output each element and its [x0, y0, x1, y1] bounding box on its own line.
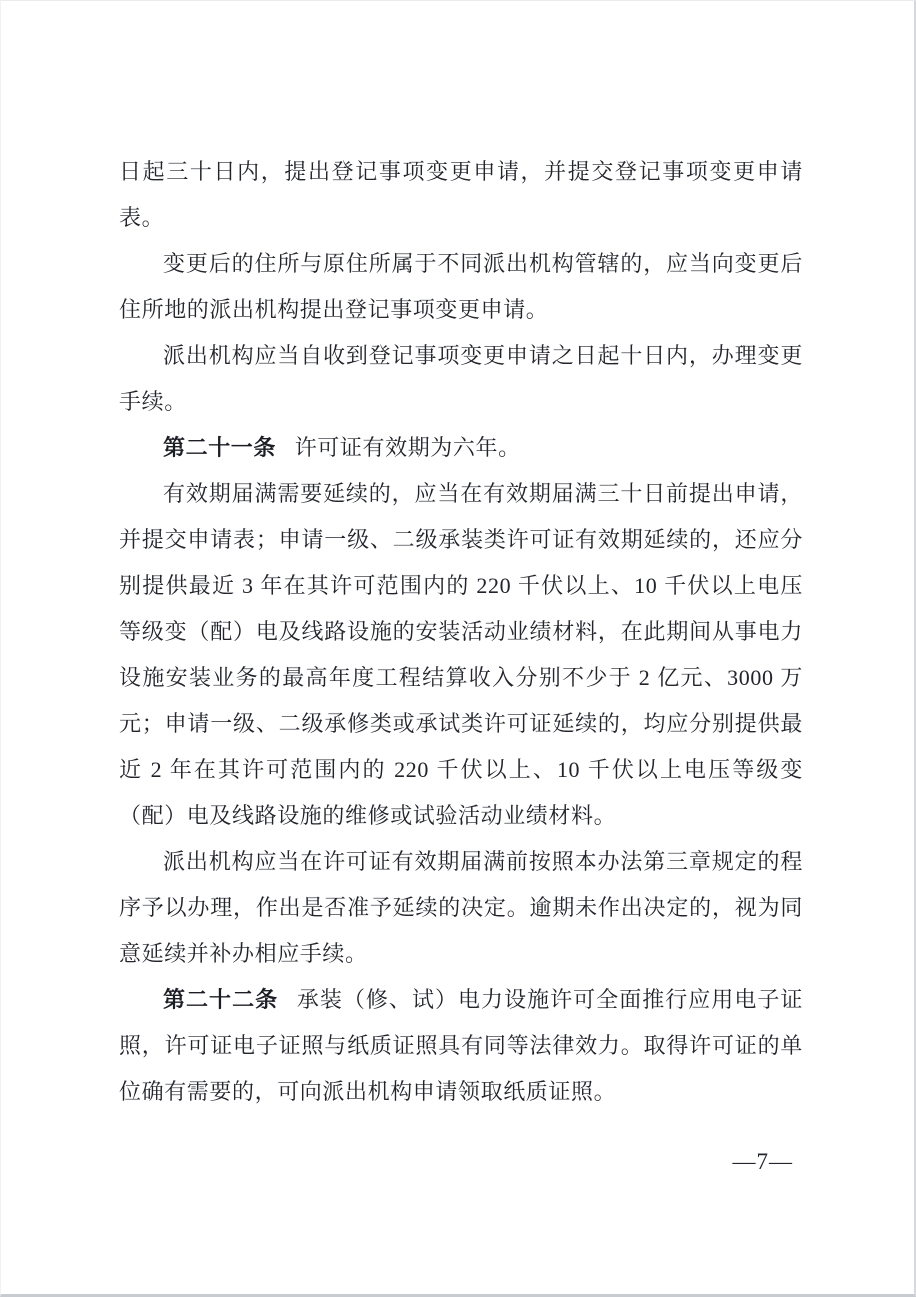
- paragraph-continuation: 日起三十日内，提出登记事项变更申请，并提交登记事项变更申请表。: [119, 149, 803, 241]
- paragraph-text: 派出机构应当自收到登记事项变更申请之日起十日内，办理变更手续。: [119, 343, 803, 414]
- paragraph: 有效期届满需要延续的，应当在有效期届满三十日前提出申请，并提交申请表；申请一级、…: [119, 471, 803, 839]
- document-page: 日起三十日内，提出登记事项变更申请，并提交登记事项变更申请表。 变更后的住所与原…: [0, 0, 916, 1297]
- paragraph-article-21: 第二十一条许可证有效期为六年。: [119, 425, 803, 471]
- article-21-heading: 第二十一条: [163, 435, 295, 460]
- paragraph-text: 有效期届满需要延续的，应当在有效期届满三十日前提出申请，并提交申请表；申请一级、…: [119, 481, 803, 828]
- paragraph: 派出机构应当在许可证有效期届满前按照本办法第三章规定的程序予以办理，作出是否准予…: [119, 839, 803, 977]
- paragraph-text: 变更后的住所与原住所属于不同派出机构管辖的，应当向变更后住所地的派出机构提出登记…: [119, 251, 803, 322]
- paragraph-text: 日起三十日内，提出登记事项变更申请，并提交登记事项变更申请表。: [119, 159, 803, 230]
- paragraph: 变更后的住所与原住所属于不同派出机构管辖的，应当向变更后住所地的派出机构提出登记…: [119, 241, 803, 333]
- document-body: 日起三十日内，提出登记事项变更申请，并提交登记事项变更申请表。 变更后的住所与原…: [119, 149, 803, 1115]
- paragraph-article-22: 第二十二条承装（修、试）电力设施许可全面推行应用电子证照，许可证电子证照与纸质证…: [119, 977, 803, 1115]
- article-22-heading: 第二十二条: [163, 987, 297, 1012]
- paragraph-text: 派出机构应当在许可证有效期届满前按照本办法第三章规定的程序予以办理，作出是否准予…: [119, 849, 803, 966]
- paragraph-text: 许可证有效期为六年。: [295, 435, 521, 460]
- page-number: —7—: [733, 1149, 794, 1175]
- paragraph: 派出机构应当自收到登记事项变更申请之日起十日内，办理变更手续。: [119, 333, 803, 425]
